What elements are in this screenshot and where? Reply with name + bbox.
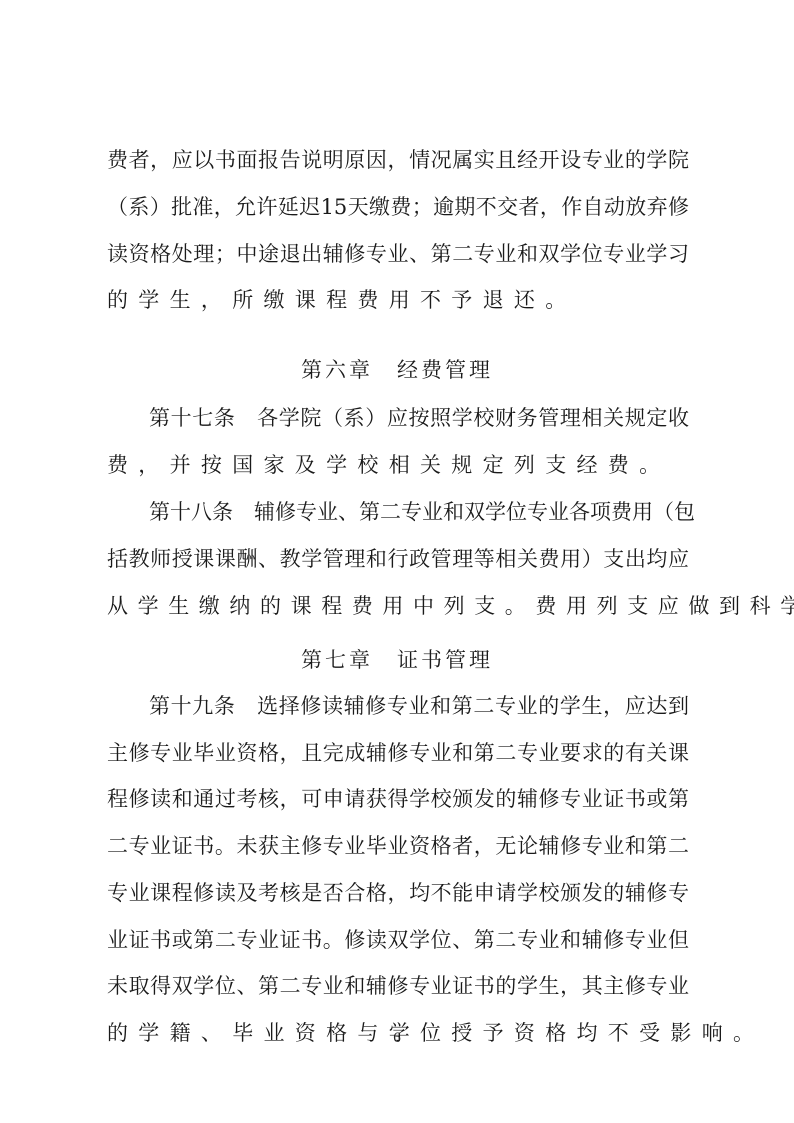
paragraph-line: 专业课程修读及考核是否合格，均不能申请学校颁发的辅修专 xyxy=(107,873,689,913)
chapter-7-heading: 第七章 证书管理 xyxy=(0,640,794,680)
paragraph-line: 读资格处理；中途退出辅修专业、第二专业和双学位专业学习 xyxy=(107,234,689,274)
paragraph-line: 未取得双学位、第二专业和辅修专业证书的学生，其主修专业 xyxy=(107,966,689,1006)
paragraph-line: 业证书或第二专业证书。修读双学位、第二专业和辅修专业但 xyxy=(107,920,689,960)
paragraph-line: 费者，应以书面报告说明原因，情况属实且经开设专业的学院 xyxy=(107,140,689,180)
document-page: 费者，应以书面报告说明原因，情况属实且经开设专业的学院 （系）批准，允许延迟15… xyxy=(0,0,794,1123)
chapter-6-heading: 第六章 经费管理 xyxy=(0,350,794,390)
paragraph-line: 第十八条 辅修专业、第二专业和双学位专业各项费用（包 xyxy=(149,492,689,532)
paragraph-line: 括教师授课课酬、教学管理和行政管理等相关费用）支出均应 xyxy=(107,539,689,579)
paragraph-line: 第十九条 选择修读辅修专业和第二专业的学生，应达到 xyxy=(149,686,689,726)
paragraph-line: （系）批准，允许延迟15天缴费；逾期不交者，作自动放弃修 xyxy=(107,187,689,227)
paragraph-line: 第十七条 各学院（系）应按照学校财务管理相关规定收 xyxy=(149,398,689,438)
paragraph-line: 的学生，所缴课程费用不予退还。 xyxy=(107,280,689,320)
paragraph-line: 费，并按国家及学校相关规定列支经费。 xyxy=(107,445,689,485)
page-number: 6 xyxy=(0,1028,794,1048)
paragraph-line: 程修读和通过考核，可申请获得学校颁发的辅修专业证书或第 xyxy=(107,779,689,819)
paragraph-line: 二专业证书。未获主修专业毕业资格者，无论辅修专业和第二 xyxy=(107,826,689,866)
paragraph-line: 主修专业毕业资格，且完成辅修专业和第二专业要求的有关课 xyxy=(107,733,689,773)
paragraph-line: 从学生缴纳的课程费用中列支。费用列支应做到科学合理。 xyxy=(107,586,689,626)
